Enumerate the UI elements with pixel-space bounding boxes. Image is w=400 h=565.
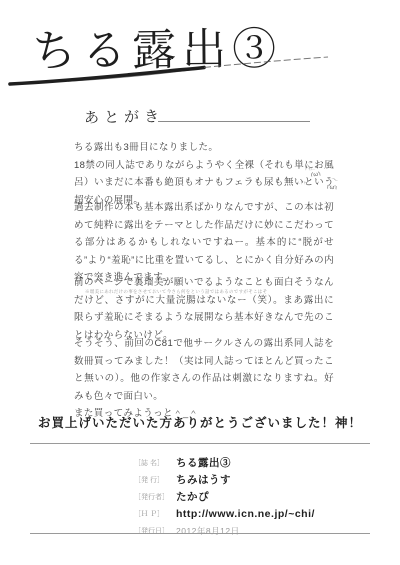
colophon-row-publisher: ［発 行］ ちみはうす <box>134 471 315 488</box>
colophon: ［誌 名］ ちる露出③ ［発 行］ ちみはうす ［発行者］ たかぴ ［Ｈ Ｐ］ … <box>134 454 315 539</box>
colophon-label-publisher: ［発 行］ <box>134 475 168 485</box>
colophon-label-title: ［誌 名］ <box>134 458 168 468</box>
paragraph-3-tiny-annotation: ※瑠美にあれだけの事をさせておいて今さら何をという話ではあるのですがそこはそれ… <box>85 289 267 294</box>
afterword-heading: あとがき <box>84 105 164 127</box>
kaomoji-face-1: ι'ω'ι <box>311 172 321 180</box>
colophon-url: http://www.icn.ne.jp/~chi/ <box>176 508 315 520</box>
colophon-value-publisher: ちみはうす <box>176 472 231 487</box>
kaomoji-face-2: ι'ω'ι <box>327 185 337 193</box>
paragraph-3: 前のページで裏瑠美が願いでるようなことも面白そうなんだけど、さすがに大量浣腸はな… <box>74 274 334 344</box>
afterword-rule <box>158 121 310 122</box>
colophon-row-homepage: ［Ｈ Ｐ］ http://www.icn.ne.jp/~chi/ <box>134 505 315 522</box>
colophon-row-author: ［発行者］ たかぴ <box>134 488 315 505</box>
colophon-label-author: ［発行者］ <box>134 492 168 502</box>
colophon-date: 2012年8月12日 <box>176 525 240 537</box>
colophon-label-date: ［発行日］ <box>134 526 168 536</box>
colophon-value-title: ちる露出③ <box>176 455 231 470</box>
paragraph-1-line-1: ちる露出も3冊目になりました。 <box>74 142 218 153</box>
colophon-row-date: ［発行日］ 2012年8月12日 <box>134 522 315 539</box>
brush-underline <box>8 50 343 92</box>
thanks-line: お買上げいただいた方ありがとうございました！神！ <box>30 413 370 431</box>
kaomoji-note-2: …ﾄﾞﾔｧ <box>297 181 308 185</box>
paragraph-4-line-1: そうそう、前回のC81で他サークルさんの露出系同人誌を数冊買ってみました！（実は… <box>74 338 334 402</box>
colophon-label-homepage: ［Ｈ Ｐ］ <box>134 509 168 519</box>
colophon-rule-bottom <box>30 533 370 534</box>
paragraph-4: そうそう、前回のC81で他サークルさんの露出系同人誌を数冊買ってみました！（実は… <box>74 335 334 423</box>
colophon-value-author: たかぴ <box>176 489 209 504</box>
afterword-page: ちる露出③ あとがき ちる露出も3冊目になりました。 18禁の同人誌でありながら… <box>0 0 400 565</box>
colophon-row-title: ［誌 名］ ちる露出③ <box>134 454 315 471</box>
kaomoji-doodle: ﾄﾞﾔｯ… ι'ω'ι 〜 …ﾄﾞﾔｧ ι'ω'ι <box>297 167 359 199</box>
colophon-rule-top <box>30 443 370 444</box>
kaomoji-note-1: ﾄﾞﾔｯ… <box>305 167 316 171</box>
